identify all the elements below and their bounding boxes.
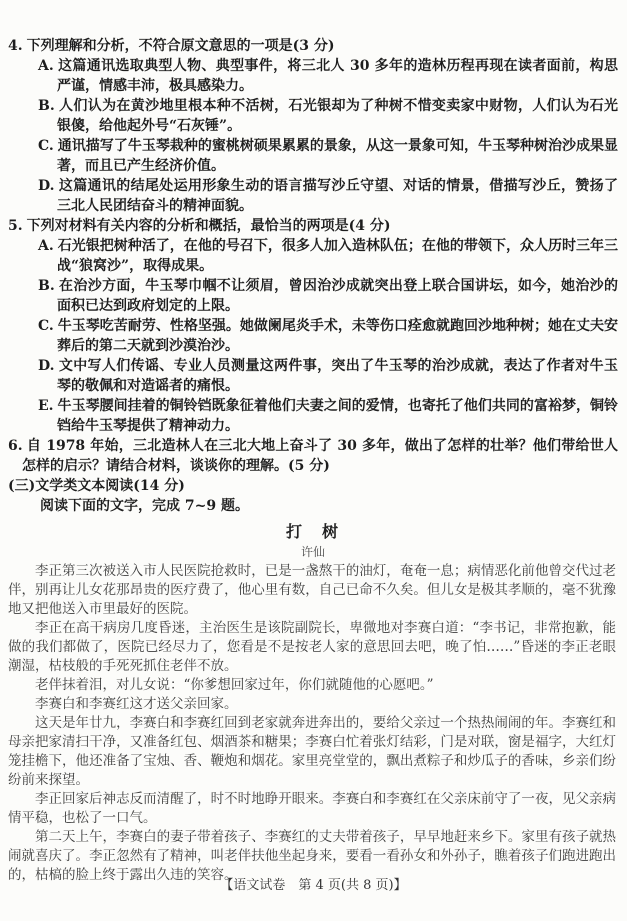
question-4-option-a: A.这篇通讯选取典型人物、典型事件，将三北人 30 多年的造林历程再现在读者面前… — [8, 56, 618, 96]
story-paragraph: 老伴抹着泪，对儿女说：“你爹想回家过年，你们就随他的心愿吧。” — [8, 676, 616, 695]
option-text: 牛玉琴腰间挂着的铜铃铛既象征着他们夫妻之间的爱情，也寄托了他们共同的富裕梦，铜铃… — [57, 398, 618, 434]
question-6-stem: 6.自 1978 年始，三北造林人在三北大地上奋斗了 30 多年，做出了怎样的壮… — [8, 436, 618, 476]
question-number: 6. — [8, 438, 23, 454]
option-label: D. — [38, 178, 55, 194]
question-6: 6.自 1978 年始，三北造林人在三北大地上奋斗了 30 多年，做出了怎样的壮… — [8, 436, 618, 476]
question-4-option-b: B.人们认为在黄沙地里根本种不活树，石光银却为了种树不惜变卖家中财物，人们认为石… — [8, 96, 618, 136]
question-stem-text: 自 1978 年始，三北造林人在三北大地上奋斗了 30 多年，做出了怎样的壮举？… — [22, 438, 618, 474]
question-5-option-b: B.在治沙方面，牛玉琴巾帼不让须眉，曾因治沙成就突出登上联合国讲坛，如今，她治沙… — [8, 276, 618, 316]
question-number: 4. — [8, 38, 23, 54]
option-label: A. — [38, 238, 54, 254]
option-text: 通讯描写了牛玉琴栽种的蜜桃树硕果累累的景象，从这一景象可知，牛玉琴种树治沙成果显… — [57, 138, 618, 174]
story-paragraph: 第二天上午，李赛白的妻子带着孩子、李赛红的丈夫带着孩子，早早地赶来乡下。家里有孩… — [8, 828, 616, 885]
page-footer: 【语文试卷 第 4 页(共 8 页)】 — [0, 878, 627, 894]
option-label: C. — [38, 138, 54, 154]
option-text: 人们认为在黄沙地里根本种不活树，石光银却为了种树不惜变卖家中财物，人们认为石光银… — [57, 98, 618, 134]
question-stem-text: 下列理解和分析，不符合原文意思的一项是(3 分) — [27, 38, 335, 54]
reading-author: 许仙 — [8, 544, 618, 561]
option-label: C. — [38, 318, 54, 334]
reading-title: 打 树 — [8, 520, 618, 544]
question-5-option-c: C.牛玉琴吃苦耐劳、性格坚强。她做阑尾炎手术，未等伤口痊愈就跑回沙地种树；她在丈… — [8, 316, 618, 356]
option-label: B. — [38, 98, 55, 114]
section-heading: (三)文学类文本阅读(14 分) — [8, 476, 618, 496]
question-5-option-e: E.牛玉琴腰间挂着的铜铃铛既象征着他们夫妻之间的爱情，也寄托了他们共同的富裕梦，… — [8, 396, 618, 436]
exam-page: 4.下列理解和分析，不符合原文意思的一项是(3 分) A.这篇通讯选取典型人物、… — [0, 0, 627, 921]
option-label: A. — [38, 58, 54, 74]
option-label: D. — [38, 358, 55, 374]
option-text: 文中写人们传谣、专业人员测量这两件事，突出了牛玉琴的治沙成就，表达了作者对牛玉琴… — [57, 358, 618, 394]
reading-instruction: 阅读下面的文字，完成 7~9 题。 — [8, 496, 618, 516]
option-text: 这篇通讯的结尾处运用形象生动的语言描写沙丘守望、对话的情景，借描写沙丘，赞扬了三… — [57, 178, 618, 214]
question-5-option-a: A.石光银把树种活了，在他的号召下，很多人加入造林队伍；在他的带领下，众人历时三… — [8, 236, 618, 276]
option-text: 这篇通讯选取典型人物、典型事件，将三北人 30 多年的造林历程再现在读者面前，构… — [57, 58, 618, 94]
question-5: 5.下列对材料有关内容的分析和概括，最恰当的两项是(4 分) A.石光银把树种活… — [8, 216, 618, 436]
story-paragraph: 李正回家后神志反而清醒了，时不时地睁开眼来。李赛白和李赛红在父亲床前守了一夜，见… — [8, 790, 616, 828]
story-body: 李正第三次被送入市人民医院抢救时，已是一盏熬干的油灯，奄奄一息；病情恶化前他曾交… — [8, 561, 618, 885]
option-text: 牛玉琴吃苦耐劳、性格坚强。她做阑尾炎手术，未等伤口痊愈就跑回沙地种树；她在丈夫安… — [57, 318, 618, 354]
story-paragraph: 李赛白和李赛红这才送父亲回家。 — [8, 695, 616, 714]
question-4-option-c: C.通讯描写了牛玉琴栽种的蜜桃树硕果累累的景象，从这一景象可知，牛玉琴种树治沙成… — [8, 136, 618, 176]
story-paragraph: 李正在高干病房几度昏迷，主治医生是该院副院长，卑微地对李赛白道：“李书记，非常抱… — [8, 619, 616, 676]
question-4: 4.下列理解和分析，不符合原文意思的一项是(3 分) A.这篇通讯选取典型人物、… — [8, 36, 618, 216]
question-4-stem: 4.下列理解和分析，不符合原文意思的一项是(3 分) — [8, 36, 618, 56]
question-5-stem: 5.下列对材料有关内容的分析和概括，最恰当的两项是(4 分) — [8, 216, 618, 236]
story-paragraph: 李正第三次被送入市人民医院抢救时，已是一盏熬干的油灯，奄奄一息；病情恶化前他曾交… — [8, 562, 616, 619]
option-label: B. — [38, 278, 55, 294]
question-4-option-d: D.这篇通讯的结尾处运用形象生动的语言描写沙丘守望、对话的情景，借描写沙丘，赞扬… — [8, 176, 618, 216]
question-5-option-d: D.文中写人们传谣、专业人员测量这两件事，突出了牛玉琴的治沙成就，表达了作者对牛… — [8, 356, 618, 396]
question-number: 5. — [8, 218, 23, 234]
story-paragraph: 这天是年廿九，李赛白和李赛红回到老家就奔进奔出的，要给父亲过一个热热闹闹的年。李… — [8, 714, 616, 790]
question-stem-text: 下列对材料有关内容的分析和概括，最恰当的两项是(4 分) — [27, 218, 391, 234]
option-label: E. — [38, 398, 54, 414]
option-text: 在治沙方面，牛玉琴巾帼不让须眉，曾因治沙成就突出登上联合国讲坛，如今，她治沙的面… — [57, 278, 618, 314]
option-text: 石光银把树种活了，在他的号召下，很多人加入造林队伍；在他的带领下，众人历时三年三… — [57, 238, 618, 274]
